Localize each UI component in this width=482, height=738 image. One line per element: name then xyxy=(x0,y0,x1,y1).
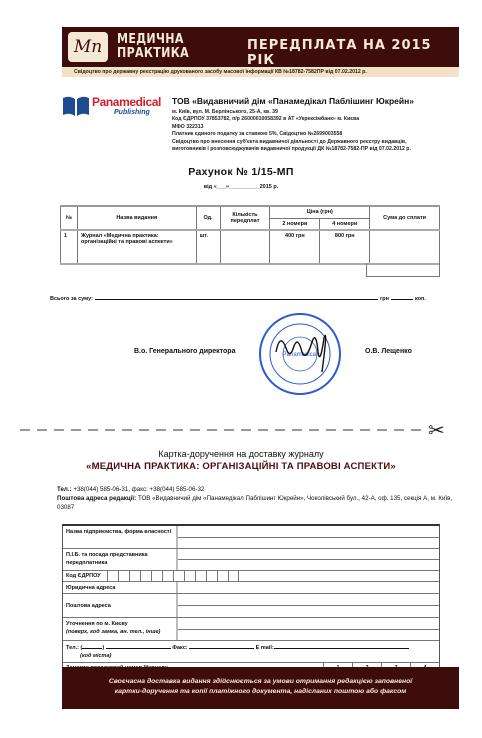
form-row-legal-address: Юридична адреса xyxy=(63,582,439,594)
brand-name: МЕДИЧНА ПРАКТИКА xyxy=(117,33,189,61)
kyiv-details-label: Уточнення по м. Києву (поверх, код замка… xyxy=(63,618,178,640)
city-code-hint: (код міста) xyxy=(66,652,436,660)
kyiv-details-text: Уточнення по м. Києву xyxy=(66,620,173,628)
address-label: Поштова адреса редакції: xyxy=(57,495,136,502)
header-banner: Мп МЕДИЧНА ПРАКТИКА ПЕРЕДПЛАТА НА 2015 Р… xyxy=(62,27,459,67)
cell-qty[interactable] xyxy=(220,230,270,264)
publisher-details: ТОВ «Видавничий дім «Панамедікал Пабліши… xyxy=(172,96,457,153)
logo-mark: Мп xyxy=(68,32,108,62)
company-name-label: Назва підприємства, форма власності xyxy=(63,526,178,548)
representative-label: П.І.Б. та посада представника передплатн… xyxy=(63,549,178,570)
email-label: E mail: xyxy=(256,645,274,651)
publisher-mfo: МФО 322313 xyxy=(172,124,457,131)
col-no: № xyxy=(61,206,78,230)
representative-field-2[interactable] xyxy=(178,560,439,570)
panamedical-name: Panamedical xyxy=(92,95,161,109)
panamedical-logo: Panamedical Publishing xyxy=(62,93,162,121)
edrpou-field[interactable] xyxy=(239,571,439,581)
total-line: Всього за суму:грнкоп. xyxy=(50,296,426,302)
col-unit: Од. xyxy=(196,206,220,230)
uah-label: грн xyxy=(380,296,389,302)
representative-field[interactable] xyxy=(178,549,439,560)
publisher-tax: Платник єдиного податку за ставкою 5%, С… xyxy=(172,131,457,138)
kop-field[interactable] xyxy=(391,299,413,300)
kyiv-details-field-2[interactable] xyxy=(178,630,439,641)
col-price: Ціна (грн) xyxy=(270,206,370,218)
table-row: 1 Журнал «Медична практика: організаційн… xyxy=(61,230,440,264)
book-icon xyxy=(62,95,90,117)
postal-address-field[interactable] xyxy=(178,594,439,606)
delivery-form: Назва підприємства, форма власності П.І.… xyxy=(62,524,440,673)
director-position: В.о. Генерального директора xyxy=(134,348,235,355)
cell-price-4: 800 грн xyxy=(320,230,370,264)
cell-price-2: 400 грн xyxy=(270,230,320,264)
company-name-field[interactable] xyxy=(178,526,439,538)
tel-label: Тел.: xyxy=(57,486,72,493)
kop-label: коп. xyxy=(415,296,426,302)
publisher-registry-1: Свідоцтво про внесення суб'єкта видавнич… xyxy=(172,139,457,146)
card-title: Картка-доручення на доставку журналу xyxy=(0,449,482,459)
stamp-icon: Panamedical xyxy=(258,312,342,396)
certificate-strip: Свідоцтво про державну реєстрацію друков… xyxy=(62,67,459,77)
legal-address-field[interactable] xyxy=(178,582,439,593)
scissors-icon: ✂ xyxy=(428,418,445,443)
edrpou-boxes[interactable] xyxy=(107,571,239,581)
brand-line-2: ПРАКТИКА xyxy=(117,47,189,61)
tel-close-paren: ) xyxy=(102,645,104,651)
form-row-kyiv-details: Уточнення по м. Києву (поверх, код замка… xyxy=(63,618,439,641)
cell-unit: шт. xyxy=(196,230,220,264)
cell-name: Журнал «Медична практика: організаційні … xyxy=(77,230,196,264)
director-name: О.В. Лещенко xyxy=(365,348,412,355)
footer-line-2: картки-доручення та копії платіжного док… xyxy=(62,687,459,697)
brand-line-1: МЕДИЧНА xyxy=(117,33,189,47)
company-name-field-2[interactable] xyxy=(178,538,439,549)
editorial-contacts: Тел.: +38(044) 585-06-31, факс: +38(044)… xyxy=(57,485,457,512)
form-row-postal-address: Поштова адреса xyxy=(63,594,439,618)
logo-mark-text: Мп xyxy=(74,37,102,57)
tel-field-label: Тел.: ( xyxy=(66,645,82,651)
postal-address-label: Поштова адреса xyxy=(63,594,178,617)
cut-line xyxy=(20,429,425,431)
tel-value: +38(044) 585-06-31, факс: +38(044) 585-0… xyxy=(73,486,204,493)
form-row-representative: П.І.Б. та посада представника передплатн… xyxy=(63,549,439,571)
total-amount-field[interactable] xyxy=(95,299,378,300)
col-price-4: 4 номери xyxy=(320,218,370,230)
publishing-label: Publishing xyxy=(114,109,150,116)
total-sum-cell[interactable] xyxy=(366,263,440,277)
form-row-phone: Тел.: () Факс: E mail: (код міста) xyxy=(63,641,439,663)
banner-title: ПЕРЕДПЛАТА НА 2015 РІК xyxy=(247,38,459,68)
col-sum: Сума до сплати xyxy=(370,206,440,230)
form-row-edrpou: Код ЄДРПОУ xyxy=(63,571,439,582)
form-row-company: Назва підприємства, форма власності xyxy=(63,526,439,549)
postal-address-field-2[interactable] xyxy=(178,606,439,617)
cell-sum[interactable] xyxy=(370,230,440,264)
footer-line-1: Своєчасна доставка видання здійснюється … xyxy=(62,677,459,687)
fax-field[interactable] xyxy=(189,648,254,649)
invoice-date: від «___»__________2015 р. xyxy=(0,184,482,190)
col-qty: Кількість передплат xyxy=(220,206,270,230)
fax-label: Факс: xyxy=(172,645,187,651)
cell-no: 1 xyxy=(61,230,78,264)
edrpou-label: Код ЄДРПОУ xyxy=(66,573,101,579)
kyiv-details-hint: (поверх, код замка, вн. тел., інше) xyxy=(66,628,173,636)
total-label: Всього за суму: xyxy=(50,296,93,302)
footer-notice: Своєчасна доставка видання здійснюється … xyxy=(62,667,459,709)
email-field[interactable] xyxy=(274,648,409,649)
publisher-name: ТОВ «Видавничий дім «Панамедікал Пабліши… xyxy=(172,96,457,106)
edrpou-group: Код ЄДРПОУ xyxy=(63,571,239,581)
col-name: Назва видання xyxy=(77,206,196,230)
phone-field[interactable] xyxy=(106,648,171,649)
publisher-registry-2: виготовників і розповсюджувачів видавнич… xyxy=(172,146,457,153)
kyiv-details-field[interactable] xyxy=(178,618,439,630)
invoice-title: Рахунок № 1/15-МП xyxy=(0,166,482,178)
legal-address-label: Юридична адреса xyxy=(63,582,178,593)
col-price-2: 2 номери xyxy=(270,218,320,230)
card-subtitle: «МЕДИЧНА ПРАКТИКА: ОРГАНІЗАЦІЙНІ ТА ПРАВ… xyxy=(0,461,482,472)
city-code-field[interactable] xyxy=(82,648,102,649)
publisher-bank: Код ЄДРПОУ 37853782, п/р 26000010058392 … xyxy=(172,116,457,123)
invoice-table: № Назва видання Од. Кількість передплат … xyxy=(60,205,440,265)
